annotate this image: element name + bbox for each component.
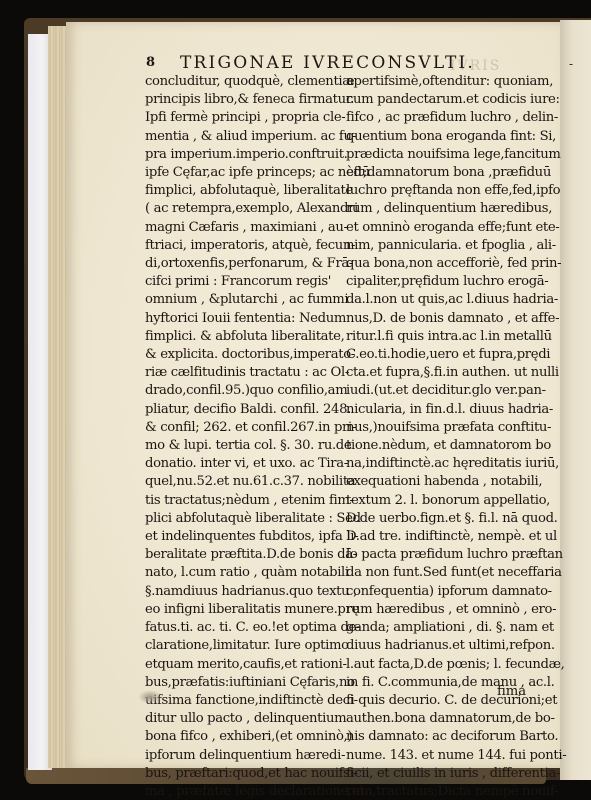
text-line: fifco , ac præfidum luchro , delin- (346, 109, 546, 127)
page-number: 8 (146, 55, 155, 70)
text-line: qua bona,non accefforiè, fed prin- (346, 255, 546, 273)
text-line: mo & lupi. tertia col. §. 30. ru.de (145, 437, 337, 455)
text-line: magni Cæfaris , maximiani , au- (145, 219, 337, 237)
text-line: nus,)nouifsima præfata conftitu- (346, 419, 546, 437)
text-line: l.aut facta,D.de pœnis; l. fecundæ, (346, 656, 546, 674)
text-line: da non funt.Sed funt(et neceffaria (346, 564, 546, 582)
text-line: plici abfolutaquè liberalitate : Sed (145, 510, 337, 528)
text-line: concluditur, quodquè, clementiæ (145, 73, 337, 91)
text-line: fimplici, abfolutaquè, liberalitate (145, 182, 337, 200)
text-line: luchro pręftanda non effe,fed,ipfo (346, 182, 546, 200)
text-line: ficii, et ciuilis in iuris , differentia… (346, 765, 546, 783)
page-edges (48, 26, 68, 768)
text-line: iudi.(ut.et deciditur.glo ver.pan- (346, 382, 546, 400)
text-line: nato, l.cum ratio , quàm notabili (145, 564, 337, 582)
text-line: & explicita. doctoribus,imperato- (145, 346, 337, 364)
text-line: donatio. inter vi, et uxo. ac Tira- (145, 455, 337, 473)
text-line: eft;damnatorum bona ,præfiduū (346, 164, 546, 182)
text-line: riæ cælfitudinis tractatu : ac Ol- (145, 364, 337, 382)
text-line: bona fifco , exhiberi,(et omninò,) (145, 728, 337, 746)
text-line: nume. 143. et nume 144. fui ponti- (346, 747, 546, 765)
text-line: authen.bona damnatorum,de bo- (346, 710, 546, 728)
text-line: rum , delinquentium hæredibus, (346, 200, 546, 218)
facing-page-mark: - (569, 57, 573, 71)
text-line: hyftorici Iouii fententia: Nedum (145, 310, 337, 328)
text-line: bus, præftari:quod,et hac nouifsi- (145, 765, 337, 783)
text-line: textum 2. l. bonorum appellatio, (346, 492, 546, 510)
text-line: fatus.ti. ac. ti. C. eo.!et optima de- (145, 619, 337, 637)
text-line: principis libro,& feneca firmatur. (145, 91, 337, 109)
text-line: claratione,limitatur. Iure optimo (145, 637, 337, 655)
text-line: quentium bona eroganda fint: Si, (346, 128, 546, 146)
text-line: nis damnato: ac deciforum Barto. (346, 728, 546, 746)
text-line: confequentia) ipforum damnato- (346, 583, 546, 601)
text-line: tis tractatus;nèdum , etenim fim- (145, 492, 337, 510)
text-line: rum hæredibus , et omninò , ero- (346, 601, 546, 619)
text-line: ipforum delinquentium hæredi- (145, 747, 337, 765)
text-line: tione.nèdum, et damnatorom bo (346, 437, 546, 455)
text-column-left: concluditur, quodquè, clementiæprincipis… (145, 73, 337, 800)
text-line: et omninò eroganda effe;funt ete- (346, 219, 546, 237)
text-line: eo infigni liberalitatis munere.prę (145, 601, 337, 619)
text-line: bus,præfatis:iuftiniani Cęfaris,no (145, 674, 337, 692)
text-line: beralitate præftita.D.de bonis dā- (145, 546, 337, 564)
text-line: Ipfi fermè principi , propria cle- (145, 109, 337, 127)
text-line: ganda; ampliationi , di. §. nam et (346, 619, 546, 637)
text-line: pra imperium.imperio.conftruit. (145, 146, 337, 164)
text-line: na,indiftinctè.ac hęreditatis iuriū, (346, 455, 546, 473)
text-line: apertifsimè,oftenditur: quoniam, (346, 73, 546, 91)
text-line: D.de uerbo.fign.et §. fi.l. nā quod. (346, 510, 546, 528)
text-line: cum pandectarum.et codicis iure: (346, 91, 546, 109)
text-line: cifci primi : Francorum regis' (145, 273, 337, 291)
text-line: mentia , & aliud imperium. ac fu- (145, 128, 337, 146)
text-line: drado,confil.95.)quo confilio,am (145, 382, 337, 400)
ink-stain (138, 690, 162, 704)
facing-page-edge (560, 20, 591, 780)
text-line: C.eo.ti.hodie,uero et fupra,prędi (346, 346, 546, 364)
text-line: ( ac retempra,exemplo, Alexandri (145, 200, 337, 218)
text-line: omnium , &plutarchi , ac fummi (145, 291, 337, 309)
text-line: §.namdiuus hadrianus.quo textu , (145, 583, 337, 601)
page-header: 8 TRIGONAE IVRECONSVLTI. (146, 53, 476, 73)
text-line: cipaliter,pręfidum luchro erogā- (346, 273, 546, 291)
text-line: ma , præfatæ legis declaratione,et (145, 783, 337, 800)
text-line: ritur.l.fi quis intra.ac l.in metallū (346, 328, 546, 346)
text-line: lo pacta præfidum luchro præftan (346, 546, 546, 564)
text-line: prædicta nouifsima lege,fancitum (346, 146, 546, 164)
running-head: TRIGONAE IVRECONSVLTI. (180, 53, 475, 73)
text-line: nicularia, in fin.d.l. diuus hadria- (346, 401, 546, 419)
text-line: nim, pannicularia. et fpoglia , ali- (346, 237, 546, 255)
text-line: ipfe Cęfar,ac ipfe princeps; ac nèdū (145, 164, 337, 182)
text-line: D.ad tre. indiftinctè, nempè. et ul (346, 528, 546, 546)
text-line: diuus hadrianus.et ultimi,refpon. (346, 637, 546, 655)
text-line: quel,nu.52.et nu.61.c.37. nobilita (145, 473, 337, 491)
text-line: cta.et fupra,§.fi.in authen. ut nulli (346, 364, 546, 382)
text-line: pliatur, decifio Baldi. confil. 248. (145, 401, 337, 419)
text-line: exequationi habenda , notabili, (346, 473, 546, 491)
text-line: di,ortoxenfis,perfonarum, & Frā- (145, 255, 337, 273)
text-line: et indelinquentes fubditos, ipfa li- (145, 528, 337, 546)
text-line: etquam merito,caufis,et rationi- (145, 656, 337, 674)
text-line: da.l.non ut quis,ac l.diuus hadria- (346, 291, 546, 309)
text-line: uifsima fanctione,indiftinctè deci- (145, 692, 337, 710)
text-line: ditur ullo pacto , delinquentium (145, 710, 337, 728)
text-line: ftriaci, imperatoris, atquè, fecun- (145, 237, 337, 255)
text-line: rum,tractatus;Dicta nempè nouif- (346, 783, 546, 800)
text-line: nus,D. de bonis damnato , et affe- (346, 310, 546, 328)
catchword: fima (497, 684, 526, 699)
text-line: & confil; 262. et confil.267.in pri- (145, 419, 337, 437)
text-line: fimplici. & abfoluta liberalitate, (145, 328, 337, 346)
